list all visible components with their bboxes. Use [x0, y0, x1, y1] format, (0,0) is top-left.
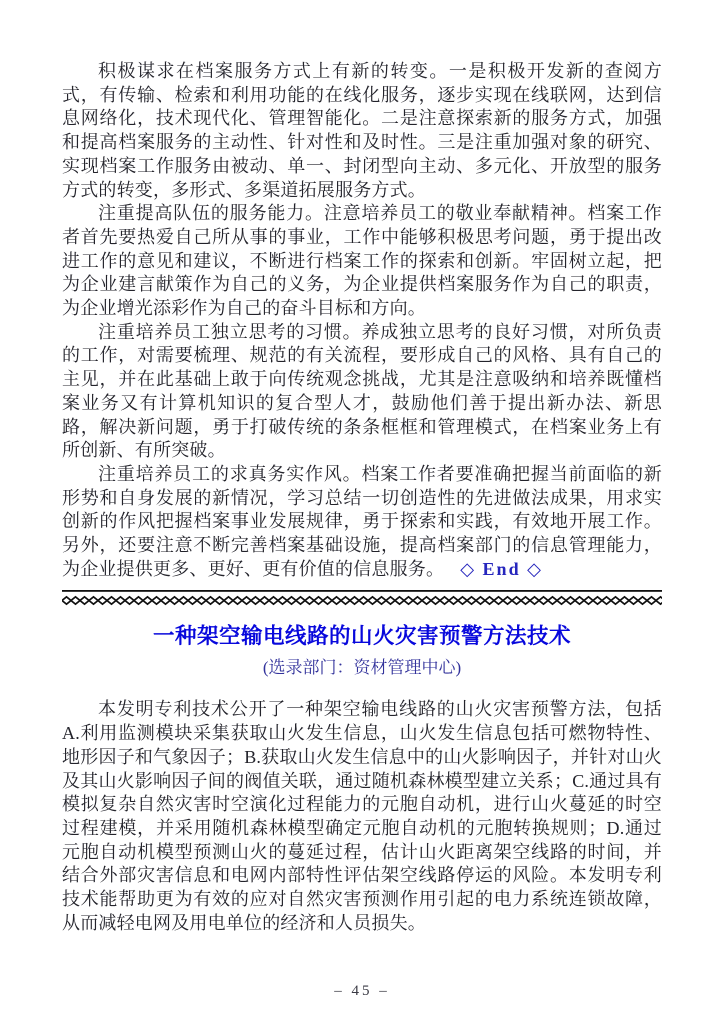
- end-marker: ◇ End ◇: [460, 559, 543, 579]
- paragraph: 积极谋求在档案服务方式上有新的转变。一是积极开发新的查阅方式，有传输、检索和利用…: [62, 60, 662, 202]
- paragraph-text: 注重培养员工的求真务实作风。档案工作者要准确把握当前面临的新形势和自身发展的新情…: [62, 464, 662, 579]
- paragraph: 注重培养员工独立思考的习惯。养成独立思考的良好习惯，对所负责的工作，对需要梳理、…: [62, 321, 662, 463]
- article-department-line: (选录部门：资材管理中心): [62, 653, 662, 678]
- paragraph: 本发明专利技术公开了一种架空输电线路的山火灾害预警方法，包括 A.利用监测模块采…: [62, 698, 662, 935]
- paragraph: 注重培养员工的求真务实作风。档案工作者要准确把握当前面临的新形势和自身发展的新情…: [62, 463, 662, 582]
- page-number: – 45 –: [0, 983, 724, 1000]
- zigzag-divider-icon: [62, 590, 662, 606]
- page-content: 积极谋求在档案服务方式上有新的转变。一是积极开发新的查阅方式，有传输、检索和利用…: [62, 60, 662, 936]
- document-page: 积极谋求在档案服务方式上有新的转变。一是积极开发新的查阅方式，有传输、检索和利用…: [0, 0, 724, 1024]
- paragraph: 注重提高队伍的服务能力。注意培养员工的敬业奉献精神。档案工作者首先要热爱自己所从…: [62, 202, 662, 321]
- article-title: 一种架空输电线路的山火灾害预警方法技术: [62, 619, 662, 650]
